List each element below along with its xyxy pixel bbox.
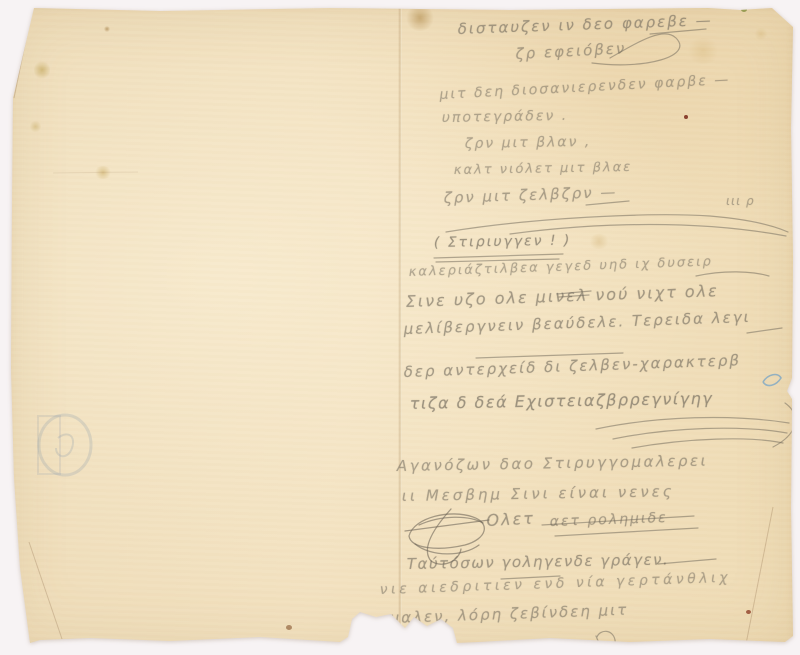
handwriting-line: Ολετ [486, 508, 535, 530]
blue-pencil-mark [763, 375, 781, 386]
flourish [613, 428, 787, 439]
handwriting-line: υποτεγράδεν . [442, 108, 569, 126]
manuscript-page: δισταυζεν ιν δεο φαρεβε — ζρ εφειόβεν μι… [10, 8, 793, 645]
manuscript-paper-wrap: δισταυζεν ιν δεο φαρεβε — ζρ εφειόβεν μι… [10, 8, 793, 645]
crease-line [14, 10, 32, 98]
descender-loop [596, 631, 615, 645]
crease-line [29, 542, 62, 639]
scribble-stroke [415, 544, 479, 554]
handwriting-heading: ( Στιριυγγεν ! ) [434, 233, 572, 251]
strikethrough [555, 528, 698, 536]
crease-line [746, 507, 773, 644]
dash-stroke [747, 328, 782, 333]
flourish [632, 439, 783, 448]
stamp-monogram [56, 434, 73, 456]
flourish [696, 272, 769, 276]
flourish [773, 403, 793, 447]
stamp-rect [38, 416, 60, 474]
scribble-stroke [405, 520, 489, 531]
flourish [596, 417, 789, 429]
scan-background: δισταυζεν ιν δεο φαρεβε — ζρ εφειόβεν μι… [0, 0, 800, 655]
handwriting-line: καλτ νιόλετ μιτ βλαε [454, 160, 633, 178]
handwriting-line: ζρν μιτ βλαν , [465, 134, 592, 152]
crease-line [53, 172, 138, 173]
embossed-stamp [38, 415, 91, 475]
underline [434, 254, 563, 258]
stamp-circle [39, 415, 91, 475]
handwriting-line: ιιι ρ [726, 194, 755, 208]
